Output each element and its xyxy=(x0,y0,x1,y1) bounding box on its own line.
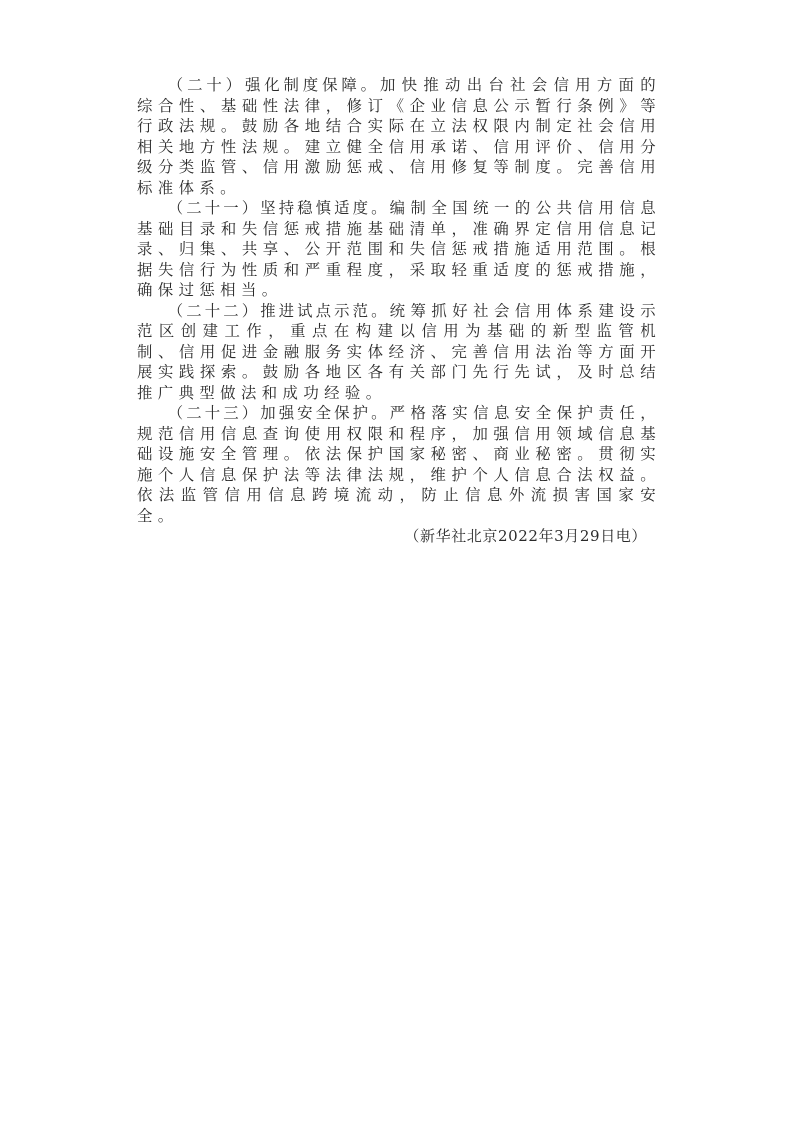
paragraph-heading: （二十二）推进试点示范。 xyxy=(168,302,390,320)
paragraph-23: （二十三）加强安全保护。严格落实信息安全保护责任，规范信用信息查询使用权限和程序… xyxy=(137,403,661,526)
paragraph-22: （二十二）推进试点示范。统筹抓好社会信用体系建设示范区创建工作，重点在构建以信用… xyxy=(137,301,661,404)
dateline: （新华社北京2022年3月29日电） xyxy=(137,526,661,547)
paragraph-body: 加快推动出台社会信用方面的综合性、基础性法律，修订《企业信息公示暂行条例》等行政… xyxy=(137,76,661,197)
paragraph-heading: （二十）强化制度保障。 xyxy=(168,76,380,94)
document-page: （二十）强化制度保障。加快推动出台社会信用方面的综合性、基础性法律，修订《企业信… xyxy=(137,75,661,547)
paragraph-heading: （二十三）加强安全保护。 xyxy=(168,404,390,422)
paragraph-20: （二十）强化制度保障。加快推动出台社会信用方面的综合性、基础性法律，修订《企业信… xyxy=(137,75,661,198)
paragraph-heading: （二十一）坚持稳慎适度。 xyxy=(168,199,390,217)
paragraph-body: 严格落实信息安全保护责任，规范信用信息查询使用权限和程序，加强信用领域信息基础设… xyxy=(137,404,661,525)
paragraph-21: （二十一）坚持稳慎适度。编制全国统一的公共信用信息基础目录和失信惩戒措施基础清单… xyxy=(137,198,661,301)
